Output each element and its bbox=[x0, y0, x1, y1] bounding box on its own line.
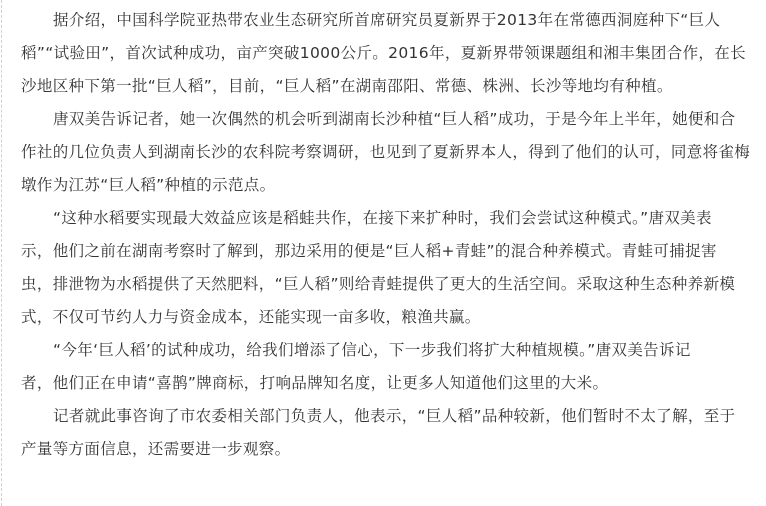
paragraph-line: 稻”“试验田”，首次试种成功，亩产突破1000公斤。2016年，夏新界带领课题组… bbox=[21, 37, 766, 70]
paragraph-line: 墩作为江苏“巨人稻”种植的示范点。 bbox=[21, 169, 766, 202]
paragraph-line: 沙地区种下第一批“巨人稻”，目前，“巨人稻”在湖南邵阳、常德、株洲、长沙等地均有… bbox=[21, 70, 766, 103]
paragraph-3: “这种水稻要实现最大效益应该是稻蛙共作，在接下来扩种时，我们会尝试这种模式。”唐… bbox=[21, 202, 766, 334]
paragraph-line: 记者就此事咨询了市农委相关部门负责人，他表示，“巨人稻”品种较新，他们暂时不太了… bbox=[21, 400, 766, 433]
paragraph-4: “今年‘巨人稻’的试种成功，给我们增添了信心，下一步我们将扩大种植规模。”唐双美… bbox=[21, 334, 766, 400]
paragraph-5: 记者就此事咨询了市农委相关部门负责人，他表示，“巨人稻”品种较新，他们暂时不太了… bbox=[21, 400, 766, 466]
paragraph-line: 虫，排泄物为水稻提供了天然肥料，“巨人稻”则给青蛙提供了更大的生活空间。采取这种… bbox=[21, 268, 766, 301]
paragraph-line: 据介绍，中国科学院亚热带农业生态研究所首席研究员夏新界于2013年在常德西洞庭种… bbox=[21, 4, 766, 37]
paragraph-line: “这种水稻要实现最大效益应该是稻蛙共作，在接下来扩种时，我们会尝试这种模式。”唐… bbox=[21, 202, 766, 235]
paragraph-1: 据介绍，中国科学院亚热带农业生态研究所首席研究员夏新界于2013年在常德西洞庭种… bbox=[21, 4, 766, 103]
paragraph-line: 唐双美告诉记者，她一次偶然的机会听到湖南长沙种植“巨人稻”成功，于是今年上半年，… bbox=[21, 103, 766, 136]
paragraph-line: 者，他们正在申请“喜鹊”牌商标，打响品牌知名度，让更多人知道他们这里的大米。 bbox=[21, 367, 766, 400]
paragraph-line: “今年‘巨人稻’的试种成功，给我们增添了信心，下一步我们将扩大种植规模。”唐双美… bbox=[21, 334, 766, 367]
paragraph-line: 作社的几位负责人到湖南长沙的农科院考察调研，也见到了夏新界本人，得到了他们的认可… bbox=[21, 136, 766, 169]
article-body: 据介绍，中国科学院亚热带农业生态研究所首席研究员夏新界于2013年在常德西洞庭种… bbox=[21, 4, 766, 466]
paragraph-line: 式，不仅可节约人力与资金成本，还能实现一亩多收，粮渔共赢。 bbox=[21, 301, 766, 334]
paragraph-line: 产量等方面信息，还需要进一步观察。 bbox=[21, 433, 766, 466]
paragraph-2: 唐双美告诉记者，她一次偶然的机会听到湖南长沙种植“巨人稻”成功，于是今年上半年，… bbox=[21, 103, 766, 202]
paragraph-line: 示，他们之前在湖南考察时了解到，那边采用的便是“巨人稻+青蛙”的混合种养模式。青… bbox=[21, 235, 766, 268]
left-border-divider bbox=[1, 0, 2, 506]
